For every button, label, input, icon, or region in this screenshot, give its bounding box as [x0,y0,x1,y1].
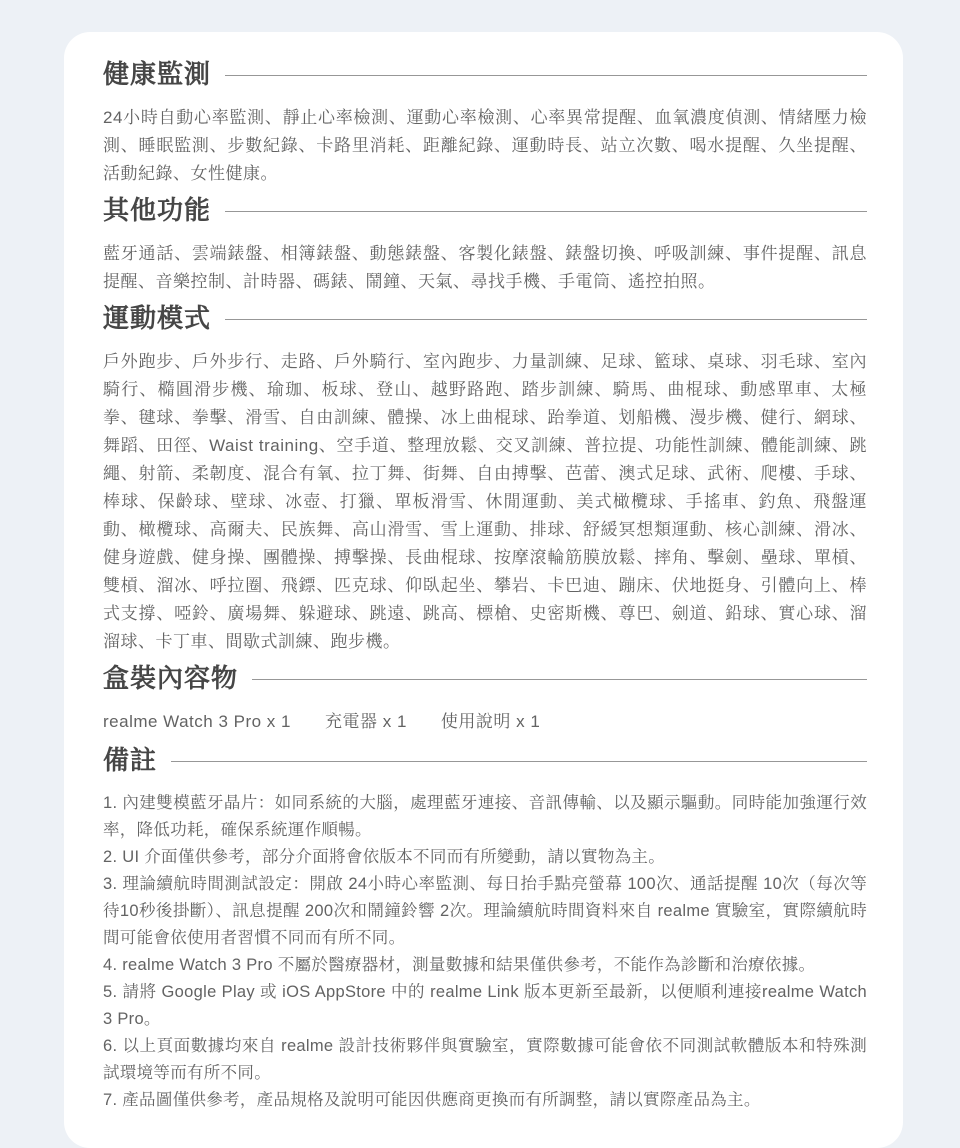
box-item-manual: 使用說明 x 1 [441,708,540,736]
other-feature-list: 藍牙通話、雲端錶盤、相簿錶盤、動態錶盤、客製化錶盤、錶盤切換、呼吸訓練、事件提醒… [103,240,867,296]
section-other-functions: 其他功能 藍牙通話、雲端錶盤、相簿錶盤、動態錶盤、客製化錶盤、錶盤切換、呼吸訓練… [103,192,867,296]
notes-list: 1. 內建雙模藍牙晶片：如同系統的大腦，處理藍牙連接、音訊傳輸、以及顯示驅動。同… [103,790,867,1109]
section-heading-notes: 備註 [103,742,867,778]
section-title-health: 健康監測 [103,56,211,92]
health-feature-list: 24小時自動心率監測、靜止心率檢測、運動心率檢測、心率異常提醒、血氧濃度偵測、情… [103,104,867,188]
section-title-sport: 運動模式 [103,300,211,336]
section-health-monitoring: 健康監測 24小時自動心率監測、靜止心率檢測、運動心率檢測、心率異常提醒、血氧濃… [103,56,867,188]
note-item-5: 5. 請將 Google Play 或 iOS AppStore 中的 real… [103,979,867,1033]
box-item-charger: 充電器 x 1 [325,708,407,736]
section-heading-sport: 運動模式 [103,300,867,336]
heading-divider [171,761,867,762]
heading-divider [225,75,867,76]
box-item-watch: realme Watch 3 Pro x 1 [103,708,291,736]
section-title-notes: 備註 [103,742,157,778]
section-heading-box: 盒裝內容物 [103,660,867,696]
heading-divider [225,211,867,212]
product-spec-card: 健康監測 24小時自動心率監測、靜止心率檢測、運動心率檢測、心率異常提醒、血氧濃… [64,32,903,1109]
section-title-box: 盒裝內容物 [103,660,238,696]
section-title-other: 其他功能 [103,192,211,228]
note-item-1: 1. 內建雙模藍牙晶片：如同系統的大腦，處理藍牙連接、音訊傳輸、以及顯示驅動。同… [103,790,867,844]
note-item-4: 4. realme Watch 3 Pro 不屬於醫療器材，測量數據和結果僅供參… [103,952,867,979]
note-item-2: 2. UI 介面僅供參考，部分介面將會依版本不同而有所變動，請以實物為主。 [103,844,867,871]
section-heading-other: 其他功能 [103,192,867,228]
section-heading-health: 健康監測 [103,56,867,92]
section-notes: 備註 1. 內建雙模藍牙晶片：如同系統的大腦，處理藍牙連接、音訊傳輸、以及顯示驅… [103,742,867,1109]
heading-divider [225,319,867,320]
sport-mode-list: 戶外跑步、戶外步行、走路、戶外騎行、室內跑步、力量訓練、足球、籃球、桌球、羽毛球… [103,348,867,656]
box-contents-list: realme Watch 3 Pro x 1 充電器 x 1 使用說明 x 1 [103,708,867,736]
note-item-6: 6. 以上頁面數據均來自 realme 設計技術夥伴與實驗室，實際數據可能會依不… [103,1033,867,1087]
section-box-contents: 盒裝內容物 realme Watch 3 Pro x 1 充電器 x 1 使用說… [103,660,867,736]
note-item-7: 7. 產品圖僅供參考，產品規格及說明可能因供應商更換而有所調整，請以實際產品為主… [103,1087,867,1109]
section-sport-modes: 運動模式 戶外跑步、戶外步行、走路、戶外騎行、室內跑步、力量訓練、足球、籃球、桌… [103,300,867,656]
note-item-3: 3. 理論續航時間測試設定：開啟 24小時心率監測、每日抬手點亮螢幕 100次、… [103,871,867,952]
heading-divider [252,679,867,680]
